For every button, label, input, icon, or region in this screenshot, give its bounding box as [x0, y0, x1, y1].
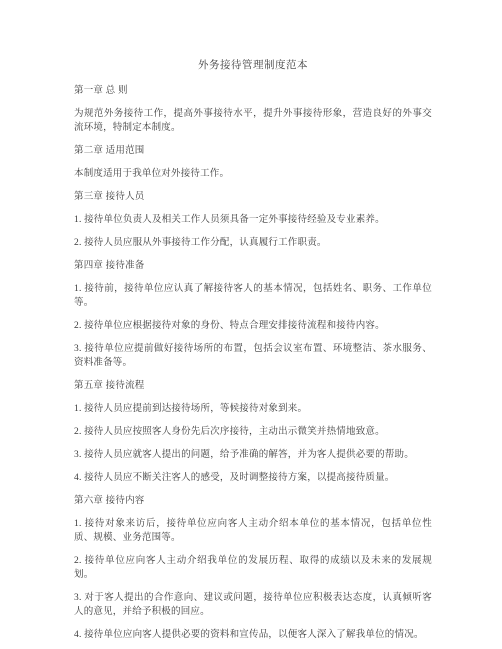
paragraph: 2. 接待单位应向客人主动介绍我单位的发展历程、取得的成绩以及未来的发展规划。 [74, 554, 432, 582]
paragraph: 3. 接待人员应就客人提出的问题，给予准确的解答，并为客人提供必要的帮助。 [74, 448, 432, 462]
paragraph: 2. 接待人员应服从外事接待工作分配，认真履行工作职责。 [74, 236, 432, 250]
paragraph: 为规范外务接待工作，提高外事接待水平，提升外事接待形象，营造良好的外事交流环境，… [74, 107, 432, 135]
chapter-heading-4: 第四章 接待准备 [74, 259, 432, 273]
paragraph: 1. 接待单位负责人及相关工作人员须具备一定外事接待经验及专业素养。 [74, 213, 432, 227]
paragraph: 3. 接待单位应提前做好接待场所的布置，包括会议室布置、环境整洁、茶水服务、资料… [74, 342, 432, 370]
document-title: 外务接待管理制度范本 [74, 59, 432, 73]
paragraph: 1. 接待对象来访后，接待单位应向客人主动介绍本单位的基本情况，包括单位性质、规… [74, 517, 432, 545]
paragraph: 3. 对于客人提出的合作意向、建议或问题，接待单位应积极表达态度，认真倾听客人的… [74, 591, 432, 619]
chapter-heading-3: 第三章 接待人员 [74, 190, 432, 204]
chapter-heading-5: 第五章 接待流程 [74, 379, 432, 393]
chapter-heading-6: 第六章 接待内容 [74, 494, 432, 508]
paragraph: 本制度适用于我单位对外接待工作。 [74, 167, 432, 181]
paragraph: 1. 接待人员应提前到达接待场所，等候接待对象到来。 [74, 402, 432, 416]
paragraph: 2. 接待单位应根据接待对象的身份、特点合理安排接待流程和接待内容。 [74, 319, 432, 333]
document-page: 外务接待管理制度范本 第一章 总 则 为规范外务接待工作，提高外事接待水平，提升… [0, 0, 502, 649]
paragraph: 4. 接待单位应向客人提供必要的资料和宣传品，以便客人深入了解我单位的情况。 [74, 628, 432, 642]
paragraph: 4. 接待人员应不断关注客人的感受，及时调整接待方案，以提高接待质量。 [74, 471, 432, 485]
paragraph: 2. 接待人员应按照客人身份先后次序接待，主动出示微笑并热情地致意。 [74, 425, 432, 439]
paragraph: 1. 接待前，接待单位应认真了解接待客人的基本情况，包括姓名、职务、工作单位等。 [74, 282, 432, 310]
chapter-heading-2: 第二章 适用范围 [74, 144, 432, 158]
chapter-heading-1: 第一章 总 则 [74, 84, 432, 98]
